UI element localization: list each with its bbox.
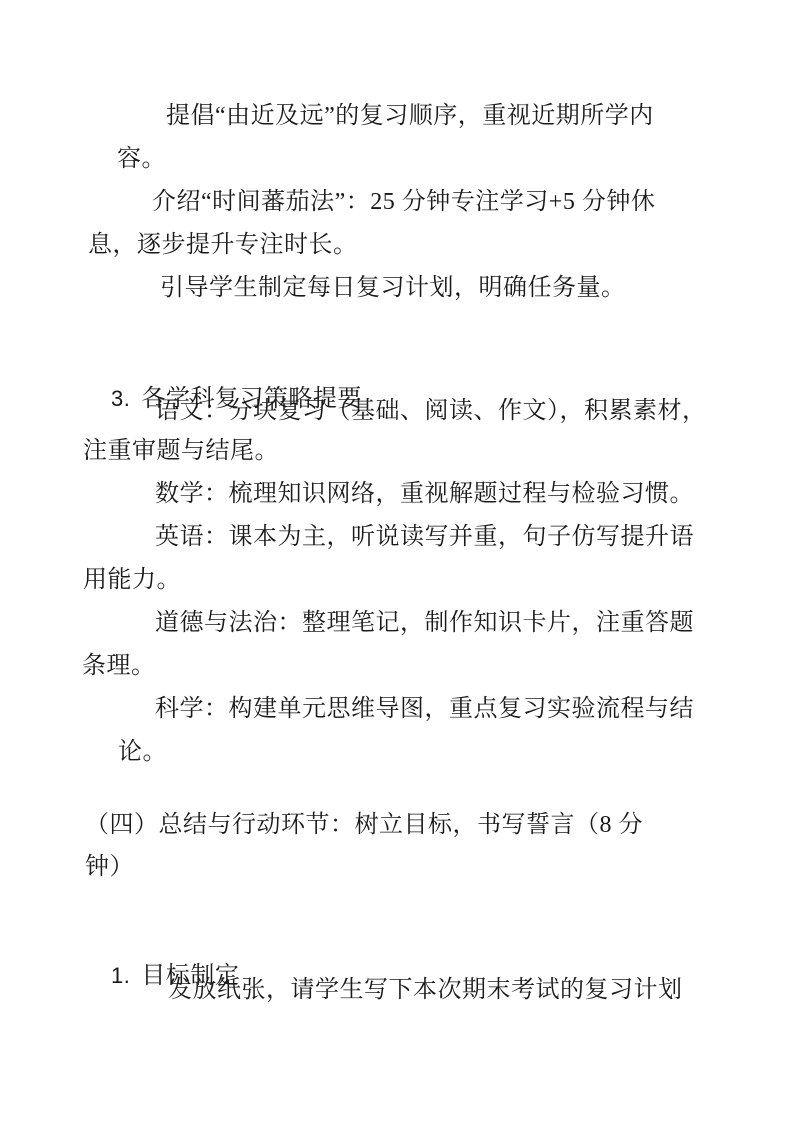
text-line: 数学：梳理知识网络，重视解题过程与检验习惯。	[155, 479, 694, 509]
text-line: 引导学生制定每日复习计划，明确任务量。	[160, 273, 626, 303]
list-number: 1.	[111, 961, 130, 991]
text-line: 发放纸张，请学生写下本次期末考试的复习计划	[168, 975, 683, 1005]
text-line: 条理。	[82, 651, 156, 681]
section-heading-line: 钟）	[85, 852, 134, 882]
text-line: 科学：构建单元思维导图，重点复习实验流程与结	[155, 694, 694, 724]
list-number: 3.	[111, 384, 130, 414]
text-line: 注重审题与结尾。	[83, 436, 279, 466]
text-line: 容。	[117, 144, 166, 174]
section-heading-line: （四）总结与行动环节：树立目标，书写誓言（8 分	[85, 810, 643, 840]
text-line: 提倡“由近及远”的复习顺序，重视近期所学内	[166, 101, 654, 131]
text-line: 用能力。	[83, 565, 181, 595]
text-line: 论。	[118, 737, 167, 767]
text-line: 英语：课本为主，听说读写并重，句子仿写提升语	[155, 522, 694, 552]
text-line: 介绍“时间蕃茄法”：25 分钟专注学习+5 分钟休	[152, 187, 655, 217]
document-page: 提倡“由近及远”的复习顺序，重视近期所学内 容。 介绍“时间蕃茄法”：25 分钟…	[0, 0, 793, 1122]
text-line: 道德与法治：整理笔记，制作知识卡片，注重答题	[155, 608, 694, 638]
text-line: 息，逐步提升专注时长。	[88, 230, 358, 260]
text-line: 语文：分块复习（基础、阅读、作文），积累素材，	[155, 396, 707, 426]
